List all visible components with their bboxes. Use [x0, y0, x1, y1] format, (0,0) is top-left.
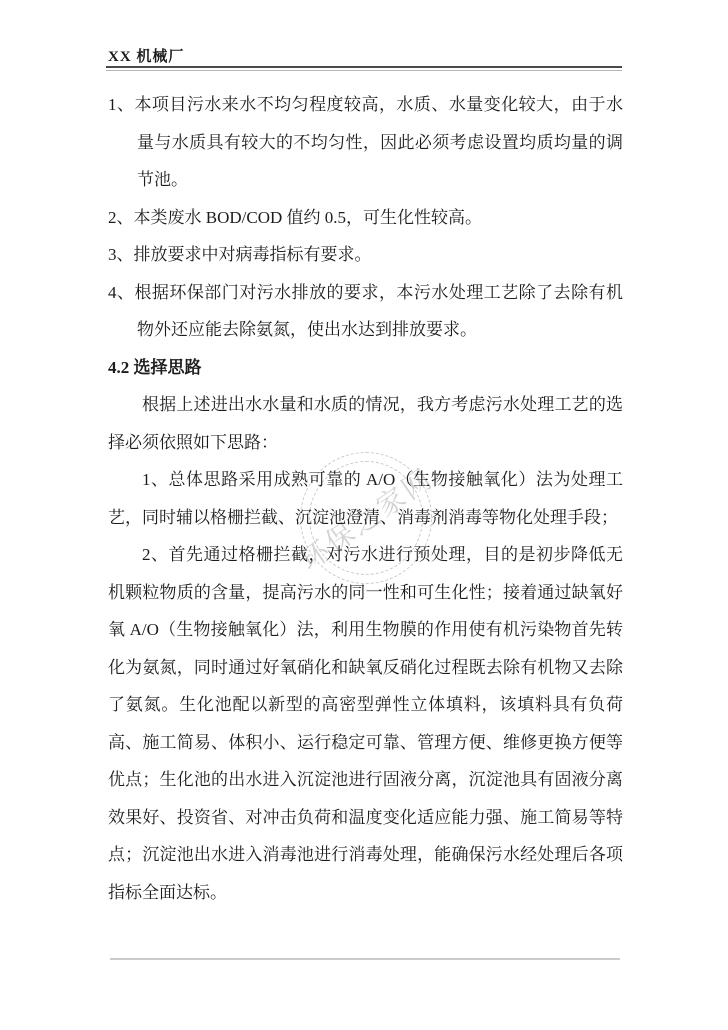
paragraph-intro: 根据上述进出水水量和水质的情况，我方考虑污水处理工艺的选择必须依照如下思路： — [108, 386, 623, 461]
section-heading: 4.2 选择思路 — [108, 349, 623, 387]
paragraph-point-1: 1、总体思路采用成熟可靠的 A/O（生物接触氧化）法为处理工艺，同时辅以格栅拦截… — [108, 461, 623, 536]
numbered-item-1-text: 本项目污水来水不均匀程度较高，水质、水量变化较大，由于水量与水质具有较大的不均匀… — [134, 95, 623, 189]
document-body: 1、本项目污水来水不均匀程度较高，水质、水量变化较大，由于水量与水质具有较大的不… — [108, 86, 623, 911]
numbered-item-2-text: 本类废水 BOD/COD 值约 0.5，可生化性较高。 — [134, 208, 483, 227]
numbered-item-1-label: 1、 — [108, 95, 134, 114]
header-divider-line — [106, 66, 622, 71]
paragraph-point-2: 2、首先通过格栅拦截，对污水进行预处理，目的是初步降低无机颗粒物质的含量，提高污… — [108, 536, 623, 911]
numbered-item-3: 3、排放要求中对病毒指标有要求。 — [108, 236, 623, 274]
page-header-company-name: XX 机械厂 — [108, 45, 623, 66]
numbered-item-4: 4、根据环保部门对污水排放的要求，本污水处理工艺除了去除有机物外还应能去除氨氮，… — [108, 274, 623, 349]
numbered-item-4-text: 根据环保部门对污水排放的要求，本污水处理工艺除了去除有机物外还应能去除氨氮，使出… — [134, 283, 623, 340]
numbered-item-3-text: 排放要求中对病毒指标有要求。 — [134, 245, 372, 264]
numbered-item-3-label: 3、 — [108, 245, 134, 264]
footer-divider-line — [110, 958, 620, 960]
numbered-item-1: 1、本项目污水来水不均匀程度较高，水质、水量变化较大，由于水量与水质具有较大的不… — [108, 86, 623, 199]
numbered-item-4-label: 4、 — [108, 283, 134, 302]
numbered-item-2: 2、本类废水 BOD/COD 值约 0.5，可生化性较高。 — [108, 199, 623, 237]
numbered-item-2-label: 2、 — [108, 208, 134, 227]
